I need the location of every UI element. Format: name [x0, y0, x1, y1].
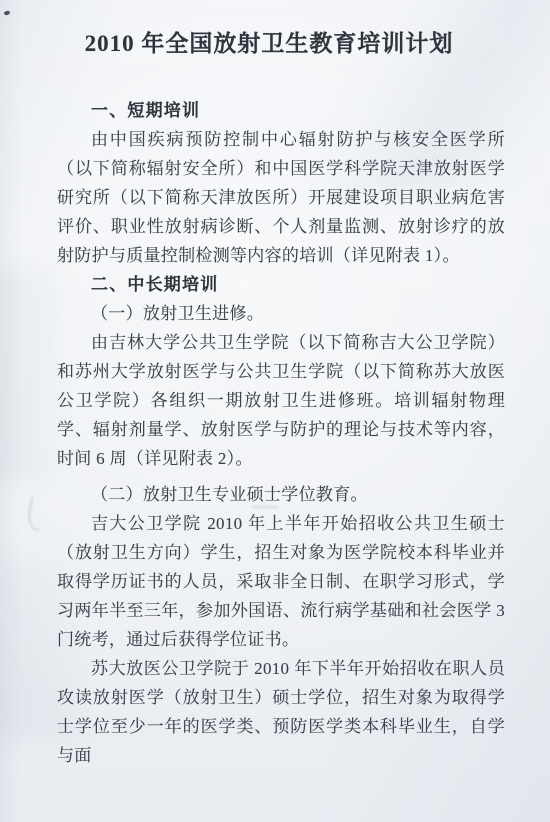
document-title: 2010 年全国放射卫生教育培训计划: [45, 28, 493, 60]
pencil-mark: [25, 497, 46, 531]
paragraph-short-term-training: 由中国疾病预防控制中心辐射防护与核安全医学所（以下简称辐射安全所）和中国医学科学…: [57, 125, 505, 270]
document-body: 一、短期培训 由中国疾病预防控制中心辐射防护与核安全医学所（以下简称辐射安全所）…: [57, 96, 505, 770]
section-heading-short-term-training: 一、短期培训: [57, 96, 505, 125]
section-heading-mid-long-term-training: 二、中长期培训: [57, 270, 505, 299]
paragraph-jida-masters-enrollment: 吉大公卫学院 2010 年上半年开始招收公共卫生硕士（放射卫生方向）学生，招生对…: [57, 509, 505, 654]
paragraph-advanced-study-class: 由吉林大学公共卫生学院（以下简称吉大公卫学院）和苏州大学放射医学与公共卫生学院（…: [57, 328, 505, 473]
ink-speck: [4, 10, 11, 16]
subheading-masters-degree-education: （二）放射卫生专业硕士学位教育。: [57, 480, 505, 509]
subheading-radiation-health-advanced-study: （一）放射卫生进修。: [57, 299, 505, 328]
scan-texture-band-mid-left: [0, 270, 65, 480]
document-content: 2010 年全国放射卫生教育培训计划 一、短期培训 由中国疾病预防控制中心辐射防…: [57, 28, 505, 770]
paragraph-suda-masters-enrollment: 苏大放医公卫学院于 2010 年下半年开始招收在职人员攻读放射医学（放射卫生）硕…: [57, 654, 505, 770]
scanned-document-page: 2010 年全国放射卫生教育培训计划 一、短期培训 由中国疾病预防控制中心辐射防…: [0, 0, 550, 822]
